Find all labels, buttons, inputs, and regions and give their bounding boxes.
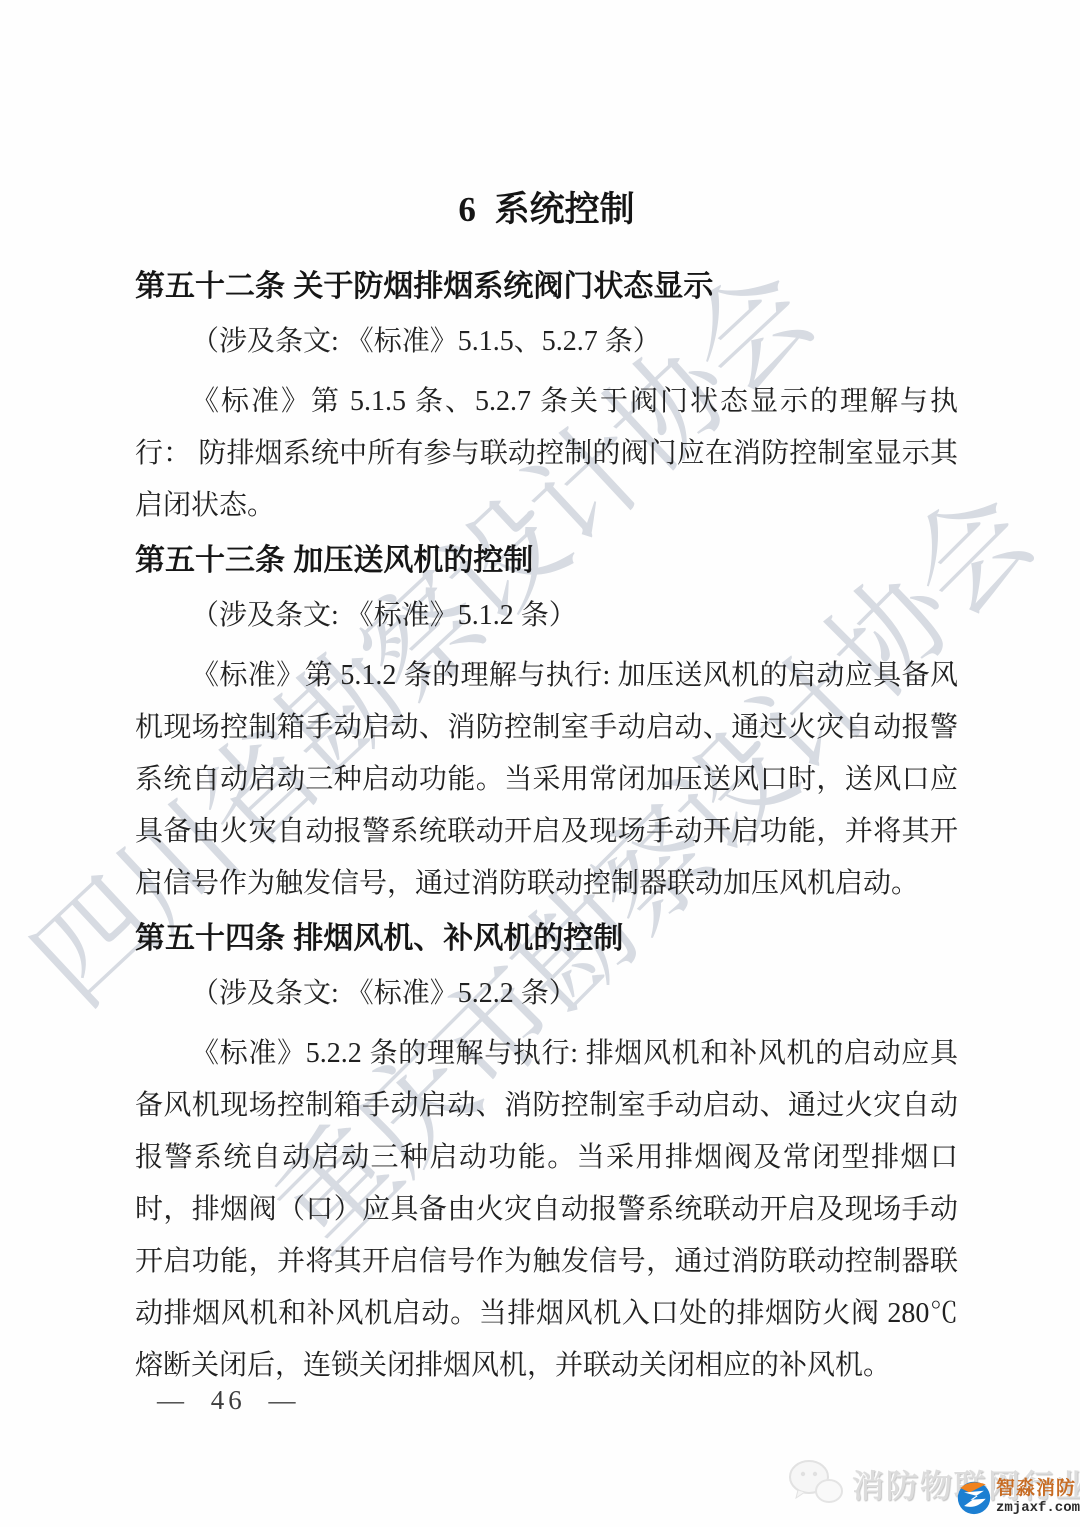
section-heading-52: 第五十二条 关于防烟排烟系统阀门状态显示 — [135, 268, 958, 306]
paragraph-53: 《标准》第 5.1.2 条的理解与执行: 加压送风机的启动应具备风机现场控制箱手… — [135, 650, 958, 910]
zhimiao-logo-icon — [956, 1479, 992, 1515]
paragraph-52: 《标准》第 5.1.5 条、5.2.7 条关于阀门状态显示的理解与执行： 防排烟… — [135, 376, 958, 532]
section-reference-52: （涉及条文: 《标准》5.1.5、5.2.7 条） — [135, 322, 958, 362]
section-reference-53: （涉及条文: 《标准》5.1.2 条） — [135, 596, 958, 636]
page-number: — 46 — — [157, 1385, 300, 1416]
logo-name: 智淼消防 — [996, 1479, 1080, 1498]
zhimiao-logo: 智淼消防 zmjaxf.com — [956, 1479, 1080, 1515]
logo-url: zmjaxf.com — [996, 1501, 1080, 1515]
document-page: 四川省勘察设计协会 重庆市勘察设计协会 6 系统控制 第五十二条 关于防烟排烟系… — [0, 0, 1080, 1527]
page-title: 6 系统控制 — [135, 182, 958, 232]
wechat-icon — [788, 1458, 844, 1510]
section-reference-54: （涉及条文: 《标准》5.2.2 条） — [135, 974, 958, 1014]
paragraph-54: 《标准》5.2.2 条的理解与执行: 排烟风机和补风机的启动应具备风机现场控制箱… — [135, 1028, 958, 1392]
section-heading-53: 第五十三条 加压送风机的控制 — [135, 542, 958, 580]
document-content: 6 系统控制 第五十二条 关于防烟排烟系统阀门状态显示 （涉及条文: 《标准》5… — [135, 182, 958, 1400]
section-heading-54: 第五十四条 排烟风机、补风机的控制 — [135, 920, 958, 958]
